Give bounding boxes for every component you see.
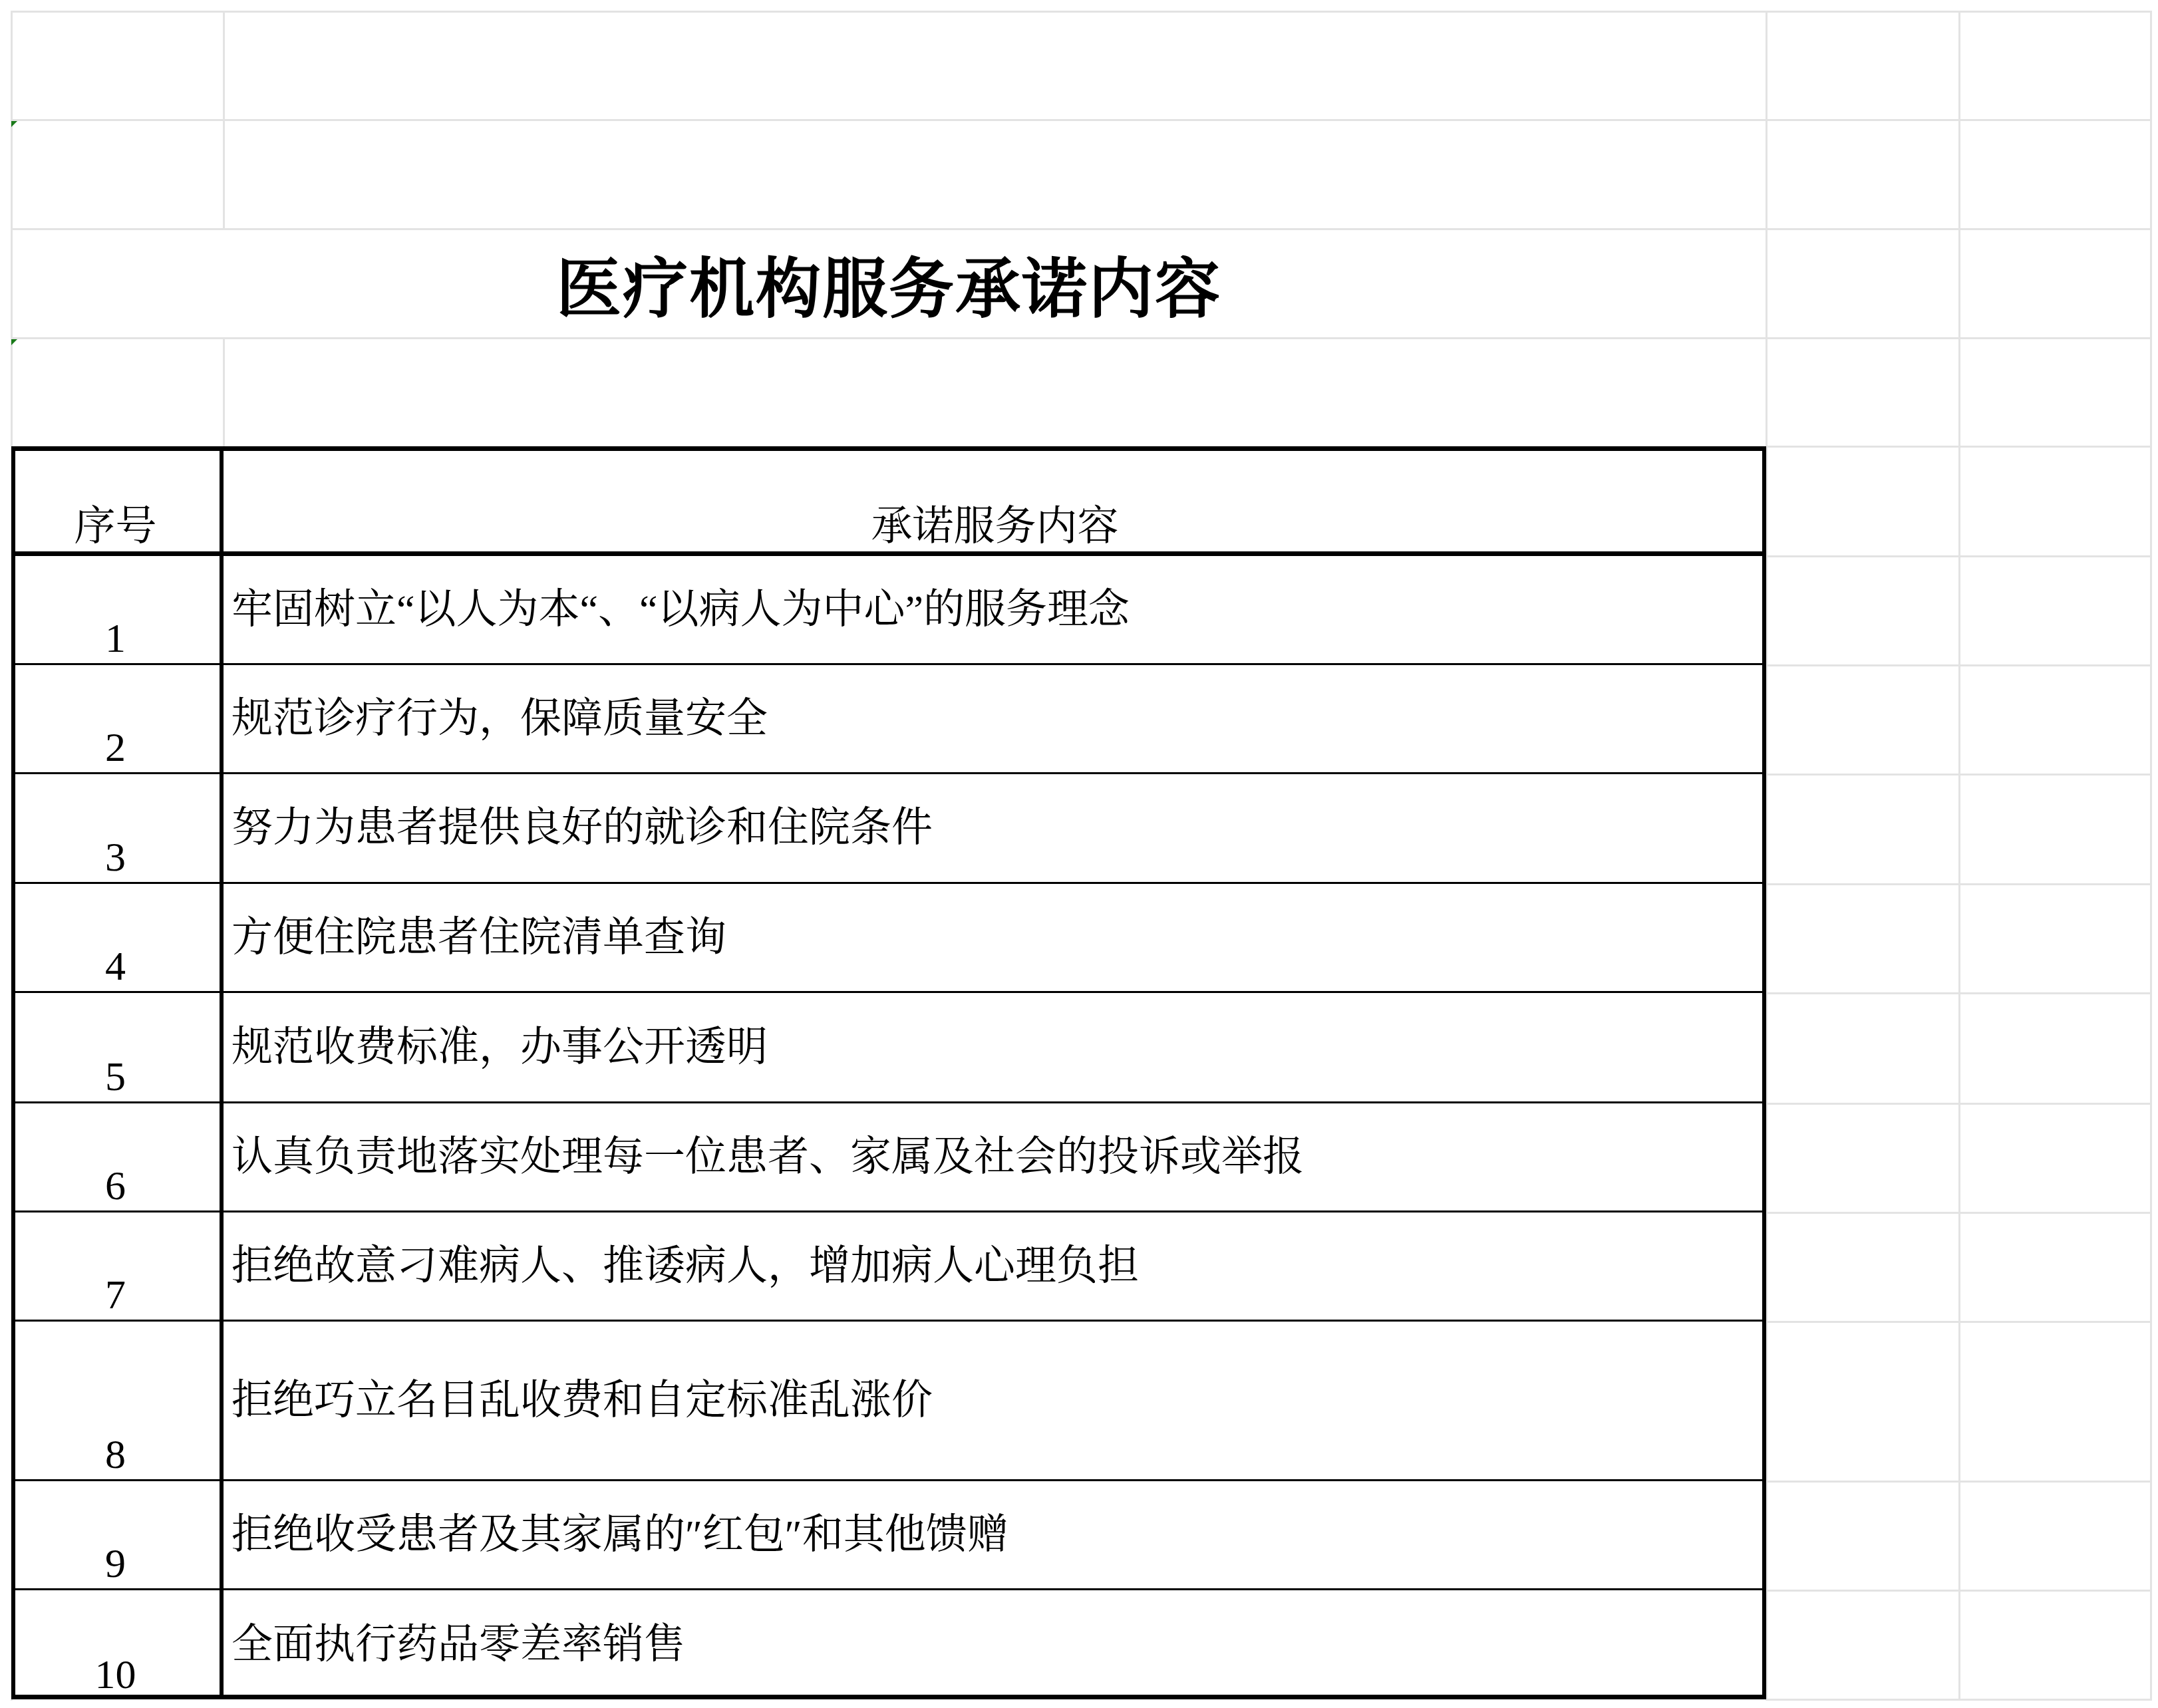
row-number-cell[interactable]: 6 bbox=[11, 1103, 224, 1210]
row-number: 10 bbox=[95, 1654, 136, 1695]
row-number-cell[interactable]: 5 bbox=[11, 993, 224, 1101]
row-number: 4 bbox=[105, 946, 126, 987]
row-content-cell[interactable]: 全面执行药品零差率销售 bbox=[224, 1590, 1766, 1699]
row-content: 拒绝巧立名目乱收费和自定标准乱涨价 bbox=[231, 1380, 933, 1421]
error-indicator-icon[interactable] bbox=[11, 121, 17, 127]
row-number-cell[interactable]: 10 bbox=[11, 1590, 224, 1699]
row-content: 努力为患者提供良好的就诊和住院条件 bbox=[231, 807, 933, 849]
row-number-cell[interactable]: 8 bbox=[11, 1322, 224, 1479]
row-content-cell[interactable]: 拒绝巧立名目乱收费和自定标准乱涨价 bbox=[224, 1322, 1766, 1479]
row-content: 拒绝收受患者及其家属的″红包″和其他馈赠 bbox=[231, 1514, 1008, 1556]
row-number: 7 bbox=[105, 1274, 126, 1316]
table-header-row: 序号 承诺服务内容 bbox=[11, 446, 1766, 556]
gridline-row-1 bbox=[11, 11, 2152, 13]
row-number-cell[interactable]: 4 bbox=[11, 884, 224, 991]
header-cell-content[interactable]: 承诺服务内容 bbox=[224, 446, 1766, 551]
gridline-row-2 bbox=[11, 119, 2152, 121]
row-content: 认真负责地落实处理每一位患者、家属及社会的投诉或举报 bbox=[231, 1137, 1304, 1178]
gridline-row-6 bbox=[1766, 555, 2152, 557]
row-number-cell[interactable]: 7 bbox=[11, 1212, 224, 1320]
row-content: 全面执行药品零差率销售 bbox=[231, 1624, 685, 1665]
table-row: 10 全面执行药品零差率销售 bbox=[11, 1590, 1766, 1699]
table-row: 6 认真负责地落实处理每一位患者、家属及社会的投诉或举报 bbox=[11, 1103, 1766, 1212]
row-number: 8 bbox=[105, 1434, 126, 1475]
header-no-label: 序号 bbox=[74, 506, 156, 547]
row-number-cell[interactable]: 1 bbox=[11, 556, 224, 663]
sheet-title-text: 医疗机构服务承诺内容 bbox=[556, 237, 1221, 331]
gridline-col-d-right bbox=[2150, 11, 2152, 1701]
row-number: 3 bbox=[105, 837, 126, 878]
row-content-cell[interactable]: 方便住院患者住院清单查询 bbox=[224, 884, 1766, 991]
error-indicator-icon[interactable] bbox=[11, 339, 17, 345]
sheet-title[interactable]: 医疗机构服务承诺内容 bbox=[11, 229, 1766, 338]
gridline-row-10 bbox=[1766, 992, 2152, 994]
table-row: 4 方便住院患者住院清单查询 bbox=[11, 884, 1766, 993]
row-content-cell[interactable]: 认真负责地落实处理每一位患者、家属及社会的投诉或举报 bbox=[224, 1103, 1766, 1210]
row-number-cell[interactable]: 2 bbox=[11, 665, 224, 772]
gridline-row-8 bbox=[1766, 774, 2152, 776]
row-number-cell[interactable]: 9 bbox=[11, 1481, 224, 1588]
row-number: 5 bbox=[105, 1056, 126, 1097]
row-number-cell[interactable]: 3 bbox=[11, 774, 224, 882]
row-number: 2 bbox=[105, 727, 126, 768]
gridline-row-9 bbox=[1766, 883, 2152, 885]
row-content: 牢固树立“以人为本“、“以病人为中心”的服务理念 bbox=[231, 589, 1130, 631]
row-content: 规范收费标准，办事公开透明 bbox=[231, 1027, 768, 1068]
row-content: 规范诊疗行为，保障质量安全 bbox=[231, 698, 768, 740]
gridline-row-5 bbox=[1766, 446, 2152, 448]
table-row: 9 拒绝收受患者及其家属的″红包″和其他馈赠 bbox=[11, 1481, 1766, 1590]
table-row: 8 拒绝巧立名目乱收费和自定标准乱涨价 bbox=[11, 1322, 1766, 1481]
row-content-cell[interactable]: 规范诊疗行为，保障质量安全 bbox=[224, 665, 1766, 772]
gridline-col-b-left-r4 bbox=[223, 338, 225, 446]
gridline-col-d-left bbox=[1958, 11, 1960, 1701]
row-number: 9 bbox=[105, 1543, 126, 1584]
table-row: 1 牢固树立“以人为本“、“以病人为中心”的服务理念 bbox=[11, 556, 1766, 665]
row-number: 6 bbox=[105, 1165, 126, 1207]
row-content-cell[interactable]: 牢固树立“以人为本“、“以病人为中心”的服务理念 bbox=[224, 556, 1766, 663]
gridline-row-14 bbox=[1766, 1481, 2152, 1483]
row-content: 方便住院患者住院清单查询 bbox=[231, 917, 726, 958]
gridline-row-12 bbox=[1766, 1212, 2152, 1214]
gridline-row-16 bbox=[1766, 1699, 2152, 1701]
gridline-row-11 bbox=[1766, 1103, 2152, 1105]
row-number: 1 bbox=[105, 618, 126, 659]
row-content: 拒绝故意刁难病人、推诿病人，增加病人心理负担 bbox=[231, 1246, 1139, 1287]
row-content-cell[interactable]: 规范收费标准，办事公开透明 bbox=[224, 993, 1766, 1101]
commitment-table: 序号 承诺服务内容 1 牢固树立“以人为本“、“以病人为中心”的服务理念 2 规… bbox=[11, 446, 1766, 1699]
table-row: 3 努力为患者提供良好的就诊和住院条件 bbox=[11, 774, 1766, 884]
gridline-row-13 bbox=[1766, 1321, 2152, 1323]
gridline-row-7 bbox=[1766, 664, 2152, 666]
gridline-row-15 bbox=[1766, 1590, 2152, 1592]
header-cell-no[interactable]: 序号 bbox=[11, 446, 224, 551]
row-content-cell[interactable]: 努力为患者提供良好的就诊和住院条件 bbox=[224, 774, 1766, 882]
table-row: 5 规范收费标准，办事公开透明 bbox=[11, 993, 1766, 1103]
header-content-label: 承诺服务内容 bbox=[871, 506, 1118, 547]
table-row: 2 规范诊疗行为，保障质量安全 bbox=[11, 665, 1766, 774]
row-content-cell[interactable]: 拒绝故意刁难病人、推诿病人，增加病人心理负担 bbox=[224, 1212, 1766, 1320]
row-content-cell[interactable]: 拒绝收受患者及其家属的″红包″和其他馈赠 bbox=[224, 1481, 1766, 1588]
table-row: 7 拒绝故意刁难病人、推诿病人，增加病人心理负担 bbox=[11, 1212, 1766, 1322]
